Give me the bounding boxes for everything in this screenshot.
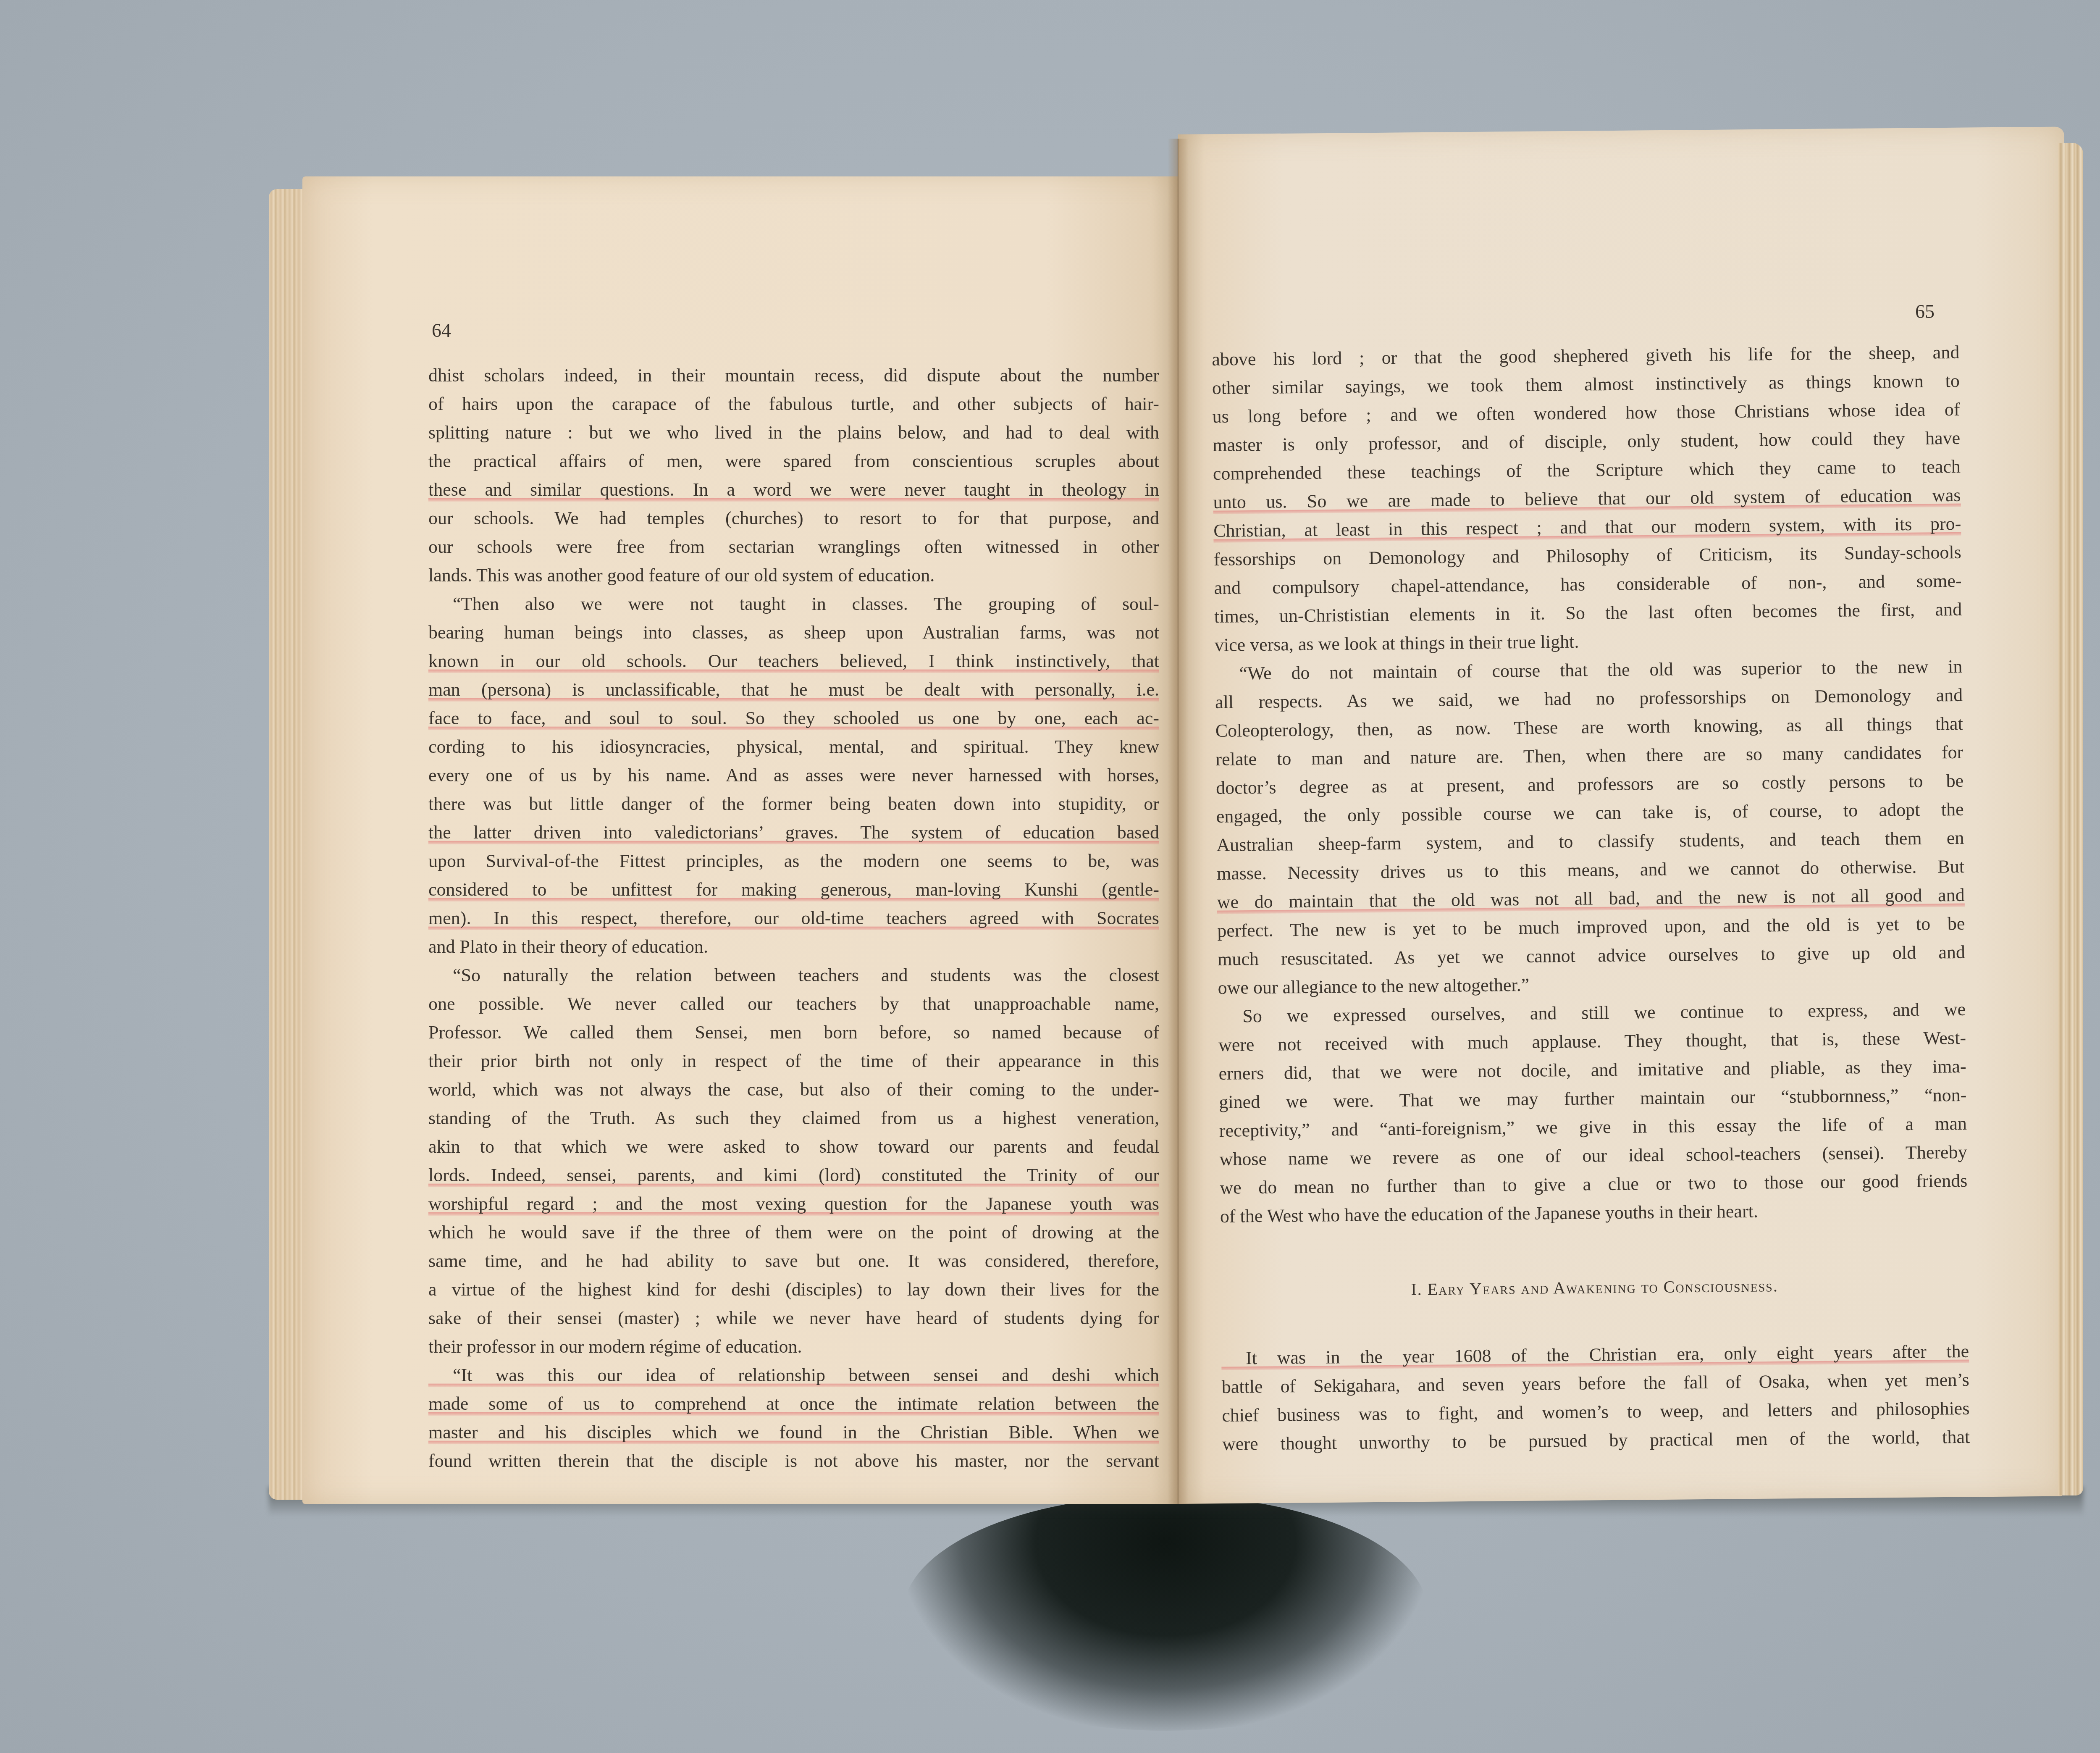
text-line: one possible. We never called our teache… [428, 990, 1159, 1018]
text-line-underlined: these and similar questions. In a word w… [428, 476, 1159, 504]
text-line: akin to that which we were asked to show… [428, 1133, 1159, 1161]
text-line: there was but little danger of the forme… [428, 790, 1159, 818]
text-line-underlined: master and his disciples which we found … [428, 1418, 1159, 1447]
text-line: world, which was not always the case, bu… [428, 1075, 1159, 1104]
text-line-underlined: men). In this respect, therefore, our ol… [428, 904, 1159, 933]
book-shadow [903, 1495, 1428, 1731]
text-line: which he would save if the three of them… [428, 1218, 1159, 1247]
text-line: the practical affairs of men, were spare… [428, 447, 1159, 476]
text-line: a virtue of the highest kind for deshi (… [428, 1275, 1159, 1304]
left-page-text: dhist scholars indeed, in their mountain… [428, 361, 1159, 1475]
text-line: splitting nature : but we who lived in t… [428, 418, 1159, 447]
paragraph-start: “Then also we were not taught in classes… [428, 590, 1159, 618]
text-line-underlined: known in our old schools. Our teachers b… [428, 647, 1159, 675]
text-line-underlined: the latter driven into valedictorians’ g… [428, 818, 1159, 847]
page-number-right: 65 [1915, 300, 1935, 323]
text-line: standing of the Truth. As such they clai… [428, 1104, 1159, 1133]
text-line: sake of their sensei (master) ; while we… [428, 1304, 1159, 1332]
text-line-underlined: lords. Indeed, sensei, parents, and kimi… [428, 1161, 1159, 1190]
text-line-underlined: considered to be unfittest for making ge… [428, 875, 1159, 904]
right-page-text: above his lord ; or that the good shephe… [1212, 338, 1970, 1459]
text-line: and Plato in their theory of education. [428, 933, 1159, 961]
text-line: their prior birth not only in respect of… [428, 1047, 1159, 1075]
text-line: of hairs upon the carapace of the fabulo… [428, 390, 1159, 418]
text-line: lands. This was another good feature of … [428, 561, 1159, 590]
right-page-edges [2058, 143, 2083, 1495]
text-line: upon Survival-of-the Fittest principles,… [428, 847, 1159, 875]
page-number-left: 64 [432, 319, 451, 342]
text-line-underlined: man (persona) is unclassificable, that h… [428, 675, 1159, 704]
text-line: Professor. We called them Sensei, men bo… [428, 1018, 1159, 1047]
text-line: cording to his idiosyncracies, physical,… [428, 733, 1159, 761]
text-line: our schools. We had temples (churches) t… [428, 504, 1159, 533]
text-line: bearing human beings into classes, as sh… [428, 618, 1159, 647]
text-line: every one of us by his name. And as asse… [428, 761, 1159, 790]
text-line-underlined: worshipful regard ; and the most vexing … [428, 1190, 1159, 1218]
text-line: found written therein that the disciple … [428, 1447, 1159, 1475]
paragraph-start-underlined: “It was this our idea of relationship be… [428, 1361, 1159, 1390]
text-line-underlined: made some of us to comprehend at once th… [428, 1390, 1159, 1418]
chapter-heading: I. Eary Years and Awakening to Conscious… [1221, 1270, 1968, 1302]
chapter-body: It was in the year 1608 of the Christian… [1221, 1337, 1970, 1459]
text-line-underlined: face to face, and soul to soul. So they … [428, 704, 1159, 733]
paragraph-start: “So naturally the relation between teach… [428, 961, 1159, 990]
text-line: dhist scholars indeed, in their mountain… [428, 361, 1159, 390]
text-line: their professor in our modern régime of … [428, 1332, 1159, 1361]
book-spine-gutter [1168, 139, 1189, 1504]
text-line: same time, and he had ability to save bu… [428, 1247, 1159, 1275]
text-line: our schools were free from sectarian wra… [428, 533, 1159, 561]
